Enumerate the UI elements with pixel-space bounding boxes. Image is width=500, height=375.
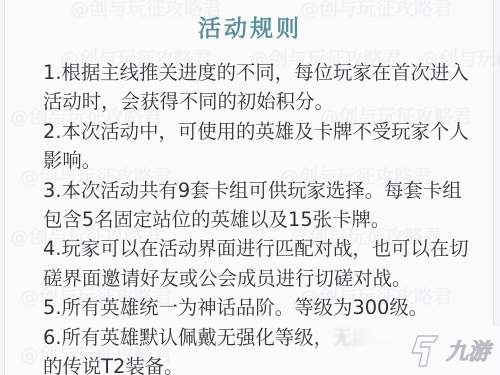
rule-item: 4.玩家可以在活动界面进行匹配对战，也可以在切磋界面邀请好友或公会成员进行切磋对… (43, 234, 473, 293)
page-title: 活动规则 (0, 10, 500, 43)
rule-6-text: 6.所有英雄默认佩戴无强化等级， (43, 326, 333, 349)
jiuyou-logo-icon (408, 332, 444, 368)
rule-item: 5.所有英雄统一为神话品阶。等级为300级。 (43, 293, 473, 322)
rule-6-continuation: 的传说T2装备。 (43, 355, 184, 375)
logo-text: 九游 (446, 335, 490, 366)
jiuyou-logo: 九游 (408, 330, 500, 370)
rule-item: 3.本次活动共有9套卡组可供玩家选择。每套卡组包含5名固定站位的英雄以及15张卡… (43, 176, 473, 235)
rule-item: 2.本次活动中，可使用的英雄及卡牌不受玩家个人影响。 (43, 117, 473, 176)
rule-item: 1.根据主线推关进度的不同，每位玩家在首次进入活动时，会获得不同的初始积分。 (43, 58, 473, 117)
